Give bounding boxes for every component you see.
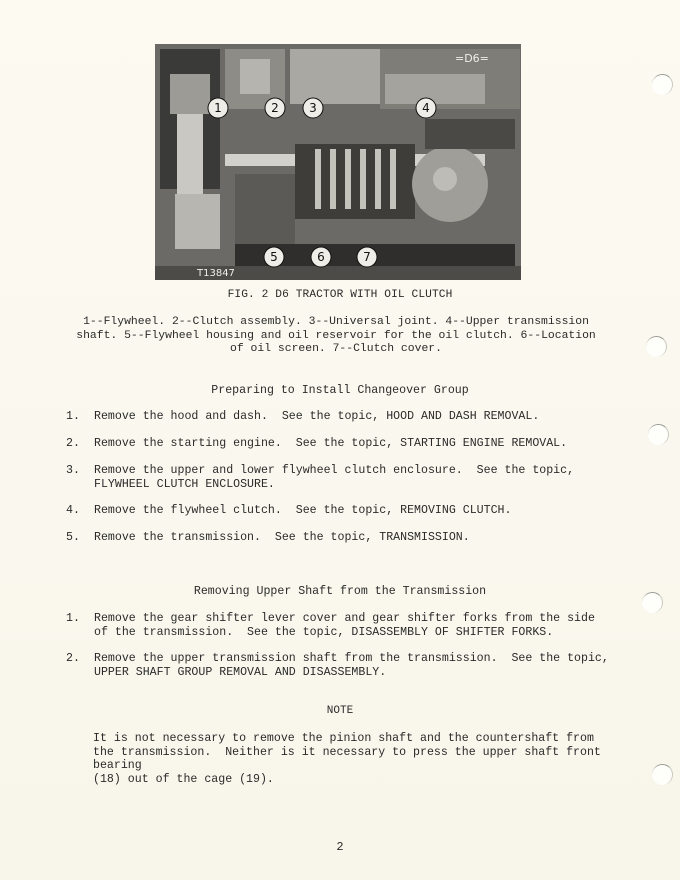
- legend-line: of oil screen. 7--Clutch cover.: [66, 343, 606, 357]
- legend-line: 1--Flywheel. 2--Clutch assembly. 3--Univ…: [66, 316, 606, 330]
- svg-text:5: 5: [270, 250, 278, 264]
- list-item: 5.Remove the transmission. See the topic…: [66, 531, 626, 545]
- list-item: 2.Remove the upper transmission shaft fr…: [66, 652, 626, 679]
- punch-hole: [646, 336, 667, 357]
- svg-text:T13847: T13847: [196, 268, 235, 279]
- step-text: Remove the transmission. See the topic, …: [94, 531, 626, 545]
- step-number: 1.: [66, 410, 94, 424]
- figure-legend: 1--Flywheel. 2--Clutch assembly. 3--Univ…: [66, 316, 606, 357]
- svg-text:6: 6: [317, 250, 325, 264]
- step-text: Remove the flywheel clutch. See the topi…: [94, 504, 626, 518]
- section-heading-removing: Removing Upper Shaft from the Transmissi…: [0, 585, 680, 598]
- note-body: It is not necessary to remove the pinion…: [93, 732, 653, 786]
- page-number: 2: [0, 840, 680, 854]
- step-text: Remove the upper and lower flywheel clut…: [94, 464, 626, 491]
- tractor-cutaway-photo: 1 2 3 4 5 6 7 T13847 =D6=: [155, 44, 521, 280]
- svg-text:2: 2: [271, 101, 279, 115]
- step-number: 5.: [66, 531, 94, 545]
- step-number: 1.: [66, 612, 94, 639]
- step-number: 3.: [66, 464, 94, 491]
- list-item: 2.Remove the starting engine. See the to…: [66, 437, 626, 451]
- step-text: Remove the upper transmission shaft from…: [94, 652, 626, 679]
- svg-text:=D6=: =D6=: [455, 52, 489, 65]
- figure-caption: FIG. 2 D6 TRACTOR WITH OIL CLUTCH: [0, 289, 680, 301]
- step-number: 4.: [66, 504, 94, 518]
- svg-text:3: 3: [309, 101, 317, 115]
- step-text: Remove the starting engine. See the topi…: [94, 437, 626, 451]
- punch-hole: [652, 74, 673, 95]
- punch-hole: [652, 764, 673, 785]
- step-text: Remove the gear shifter lever cover and …: [94, 612, 626, 639]
- step-text: Remove the hood and dash. See the topic,…: [94, 410, 626, 424]
- document-page: 1 2 3 4 5 6 7 T13847 =D6= FIG. 2 D6 TRAC…: [0, 0, 680, 880]
- legend-line: shaft. 5--Flywheel housing and oil reser…: [66, 330, 606, 344]
- list-item: 3.Remove the upper and lower flywheel cl…: [66, 464, 626, 491]
- list-item: 4.Remove the flywheel clutch. See the to…: [66, 504, 626, 518]
- svg-text:7: 7: [363, 250, 371, 264]
- step-number: 2.: [66, 652, 94, 679]
- list-item: 1.Remove the gear shifter lever cover an…: [66, 612, 626, 639]
- section-heading-preparing: Preparing to Install Changeover Group: [0, 384, 680, 397]
- punch-hole: [642, 592, 663, 613]
- step-number: 2.: [66, 437, 94, 451]
- list-item: 1.Remove the hood and dash. See the topi…: [66, 410, 626, 424]
- svg-text:4: 4: [422, 101, 430, 115]
- note-title: NOTE: [0, 705, 680, 717]
- punch-hole: [648, 424, 669, 445]
- svg-text:1: 1: [214, 101, 222, 115]
